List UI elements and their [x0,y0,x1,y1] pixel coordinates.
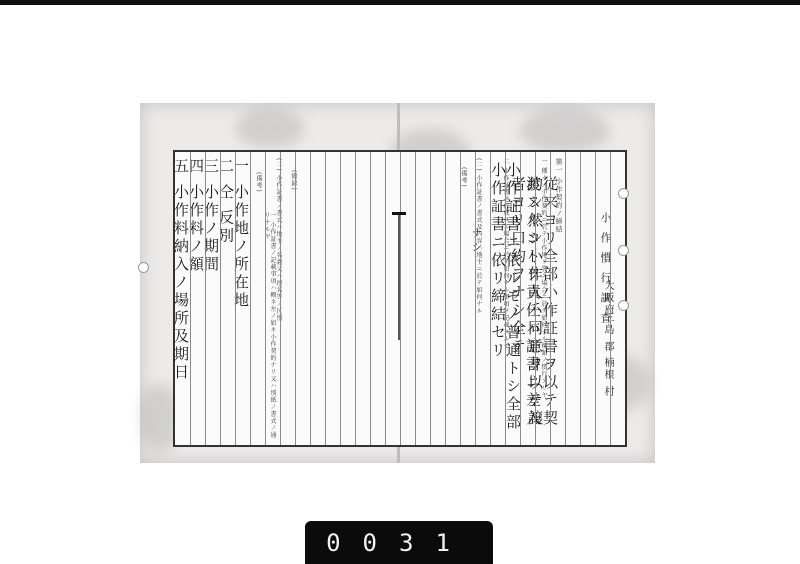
ruling-line [490,152,491,445]
ruling-line [475,152,476,445]
ruling-line [430,152,431,445]
ruling-line [505,152,506,445]
ruling-line [415,152,416,445]
ruling-line [280,152,281,445]
ruling-line [250,152,251,445]
punch-hole [618,300,629,311]
ruling-line [565,152,566,445]
punch-hole [138,262,149,273]
ruling-line [385,152,386,445]
ruling-line [370,152,371,445]
ruling-line [295,152,296,445]
ruling-line [355,152,356,445]
microfilm-frame-counter: 0031 [305,521,493,564]
ruling-line [265,152,266,445]
punch-hole [618,245,629,256]
microfilm-top-edge [0,0,800,5]
ruling-line [445,152,446,445]
ruling-line [340,152,341,445]
ruling-line [595,152,596,445]
ruling-line [325,152,326,445]
ruling-line [520,152,521,445]
ruling-line [235,152,236,445]
ruling-line [220,152,221,445]
note-label-left: (備考) [255,172,261,193]
ruling-line [535,152,536,445]
binding-line [398,215,400,340]
ruling-line [580,152,581,445]
punch-hole [618,188,629,199]
ruling-line [460,152,461,445]
ruled-form: 小作慣行調査 大阪府 三島 郡 楠根 村 第一 小作契約ノ締結 一 種々ノ小作契… [173,150,627,447]
ruling-line [205,152,206,445]
ruling-line [400,152,401,445]
item-payment-place-date: 五 小作料納入ノ場所及期日 [173,158,188,382]
ruling-line [550,152,551,445]
frame-number: 0031 [305,529,493,557]
answer-3: ナシ [471,227,482,255]
ruling-line [310,152,311,445]
ruling-line [190,152,191,445]
ruling-line [610,152,611,445]
